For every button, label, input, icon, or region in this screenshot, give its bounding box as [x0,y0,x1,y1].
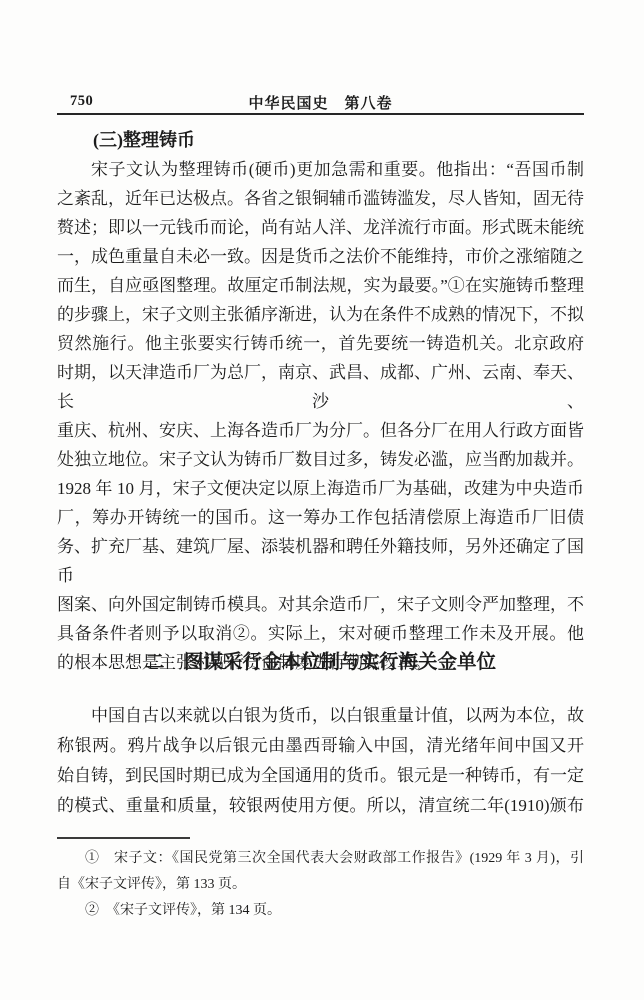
text-line: 的模式、重量和质量，较银两使用方便。所以，清宣统二年(1910)颁布 [57,791,584,821]
text-line: 贸然施行。他主张要实行铸币统一，首先要统一铸造机关。北京政府 [57,329,584,358]
text-line: 称银两。鸦片战争以后银元由墨西哥输入中国，清光绪年间中国又开 [57,731,584,761]
text-line: 一，成色重量自未必一致。因是货币之法价不能维持，市价之涨缩随之 [57,242,584,271]
text-line: 具备条件者则予以取消②。实际上，宋对硬币整理工作未及开展。他 [57,619,584,648]
page-number: 750 [70,93,93,110]
paragraph-coinage: 宋子文认为整理铸币(硬币)更加急需和重要。他指出：“吾国币制之紊乱，近年已达极点… [57,155,584,677]
text-line: 始自铸，到民国时期已成为全国通用的货币。银元是一种铸币，有一定 [57,761,584,791]
book-title: 中华民国史 第八卷 [57,92,584,113]
text-line: 宋子文认为整理铸币(硬币)更加急需和重要。他指出：“吾国币制 [57,155,584,184]
section-heading-gold-standard: 二 图谋采行金本位制与实行海关金单位 [57,646,584,674]
text-line: 赘述；即以一元钱币而论，尚有站人洋、龙洋流行市面。形式既未能统 [57,213,584,242]
paragraph-gold-standard: 中国自古以来就以白银为货币，以白银重量计值，以两为本位，故称银两。鸦片战争以后银… [57,701,584,821]
text-line: 处独立地位。宋子文认为铸币厂数目过多，铸发必滥，应当酌加裁并。 [57,445,584,474]
book-page: 750 中华民国史 第八卷 (三)整理铸币 宋子文认为整理铸币(硬币)更加急需和… [0,0,644,1000]
text-line: 1928 年 10 月，宋子文便决定以原上海造币厂为基础，改建为中央造币 [57,474,584,503]
text-line: 而生，自应亟图整理。故厘定币制法规，实为最要。”①在实施铸币整理 [57,271,584,300]
subsection-heading-coinage: (三)整理铸币 [57,126,584,152]
text-line: 厂，筹办开铸统一的国币。这一筹办工作包括清偿原上海造币厂旧债 [57,503,584,532]
text-line: 时期，以天津造币厂为总厂，南京、武昌、成都、广州、云南、奉天、长沙、 [57,358,584,416]
text-line: 重庆、杭州、安庆、上海各造币厂为分厂。但各分厂在用人行政方面皆 [57,416,584,445]
footnote-separator-rule [57,837,190,839]
text-line: 的步骤上，宋子文则主张循序渐进，认为在条件不成熟的情况下，不拟 [57,300,584,329]
text-line: 务、扩充厂基、建筑厂屋、添装机器和聘任外籍技师，另外还确定了国币 [57,532,584,590]
footnotes: ① 宋子文：《国民党第三次全国代表大会财政部工作报告》(1929 年 3 月)，… [57,846,584,924]
text-line: ② 《宋子文评传》，第 134 页。 [57,898,584,924]
text-line: 中国自古以来就以白银为货币，以白银重量计值，以两为本位，故 [57,701,584,731]
text-line: 图案、向外国定制铸币模具。对其余造币厂，宋子文则令严加整理，不 [57,590,584,619]
footnote-1: ① 宋子文：《国民党第三次全国代表大会财政部工作报告》(1929 年 3 月)，… [57,846,584,898]
running-header: 750 中华民国史 第八卷 [57,92,584,114]
text-line: ① 宋子文：《国民党第三次全国代表大会财政部工作报告》(1929 年 3 月)，… [57,846,584,872]
footnote-2: ② 《宋子文评传》，第 134 页。 [57,898,584,924]
text-line: 自《宋子文评传》，第 133 页。 [57,872,584,898]
text-line: 之紊乱，近年已达极点。各省之银铜辅币滥铸滥发，尽人皆知，固无待 [57,184,584,213]
header-rule [57,113,584,115]
